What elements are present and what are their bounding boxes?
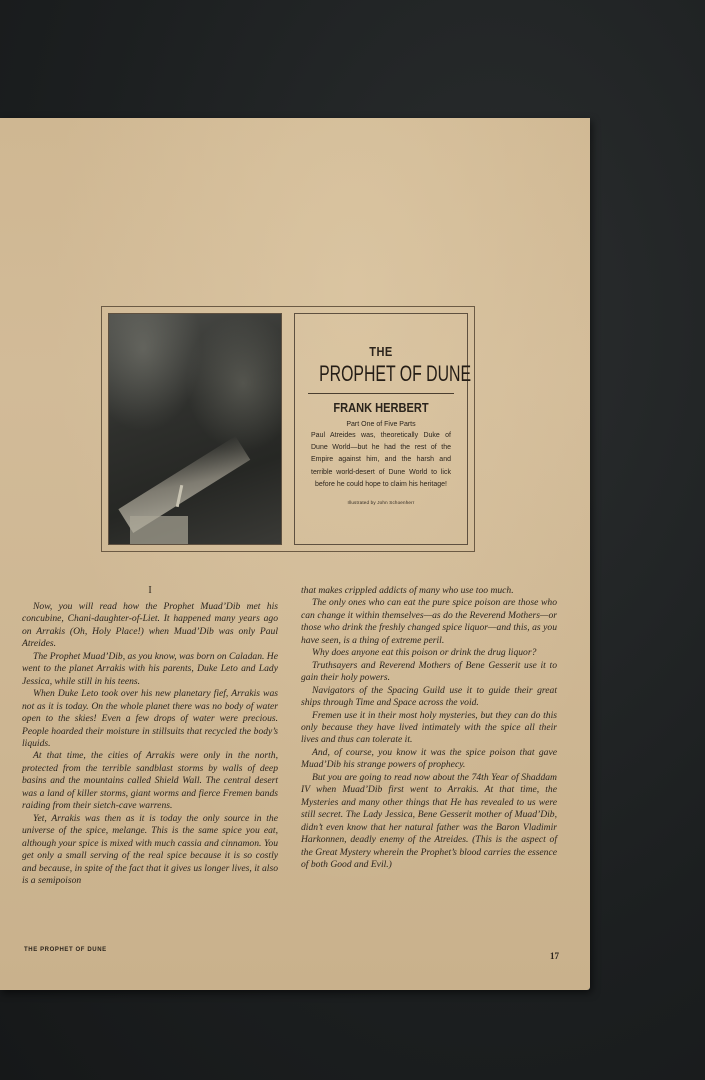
paragraph: At that time, the cities of Arrakis were… — [22, 750, 278, 812]
paragraph: Fremen use it in their most holy mysteri… — [301, 710, 557, 747]
title-rule — [308, 393, 454, 394]
paragraph: Yet, Arrakis was then as it is today the… — [22, 813, 278, 888]
title-prefix: THE — [308, 344, 454, 359]
page-number: 17 — [550, 951, 559, 961]
illustrator-credit: Illustrated by John Schoenherr — [295, 500, 467, 505]
paragraph: Truthsayers and Reverend Mothers of Bene… — [301, 660, 557, 685]
paragraph: The Prophet Muad’Dib, as you know, was b… — [22, 651, 278, 688]
paragraph: that makes crippled addicts of many who … — [301, 585, 557, 597]
paragraph: But you are going to read now about the … — [301, 772, 557, 872]
paragraph: Why does anyone eat this poison or drink… — [301, 647, 557, 659]
paragraph: When Duke Leto took over his new planeta… — [22, 688, 278, 750]
story-blurb: Paul Atreides was, theoretically Duke of… — [311, 430, 451, 491]
paragraph: And, of course, you know it was the spic… — [301, 747, 557, 772]
illustration-image — [108, 313, 282, 545]
title-box: THE PROPHET OF DUNE FRANK HERBERT Part O… — [294, 313, 468, 545]
paragraph: Now, you will read how the Prophet Muad’… — [22, 601, 278, 651]
chapter-number: I — [22, 585, 278, 596]
illustration-sand-base — [130, 516, 188, 544]
author-name: FRANK HERBERT — [308, 400, 454, 415]
right-column: that makes crippled addicts of many who … — [301, 585, 557, 871]
running-title: THE PROPHET OF DUNE — [24, 947, 107, 953]
paragraph: The only ones who can eat the pure spice… — [301, 597, 557, 647]
story-title: PROPHET OF DUNE — [319, 361, 443, 387]
paragraph: Navigators of the Spacing Guild use it t… — [301, 685, 557, 710]
serial-part: Part One of Five Parts — [295, 419, 467, 430]
left-column: Now, you will read how the Prophet Muad’… — [22, 601, 278, 887]
